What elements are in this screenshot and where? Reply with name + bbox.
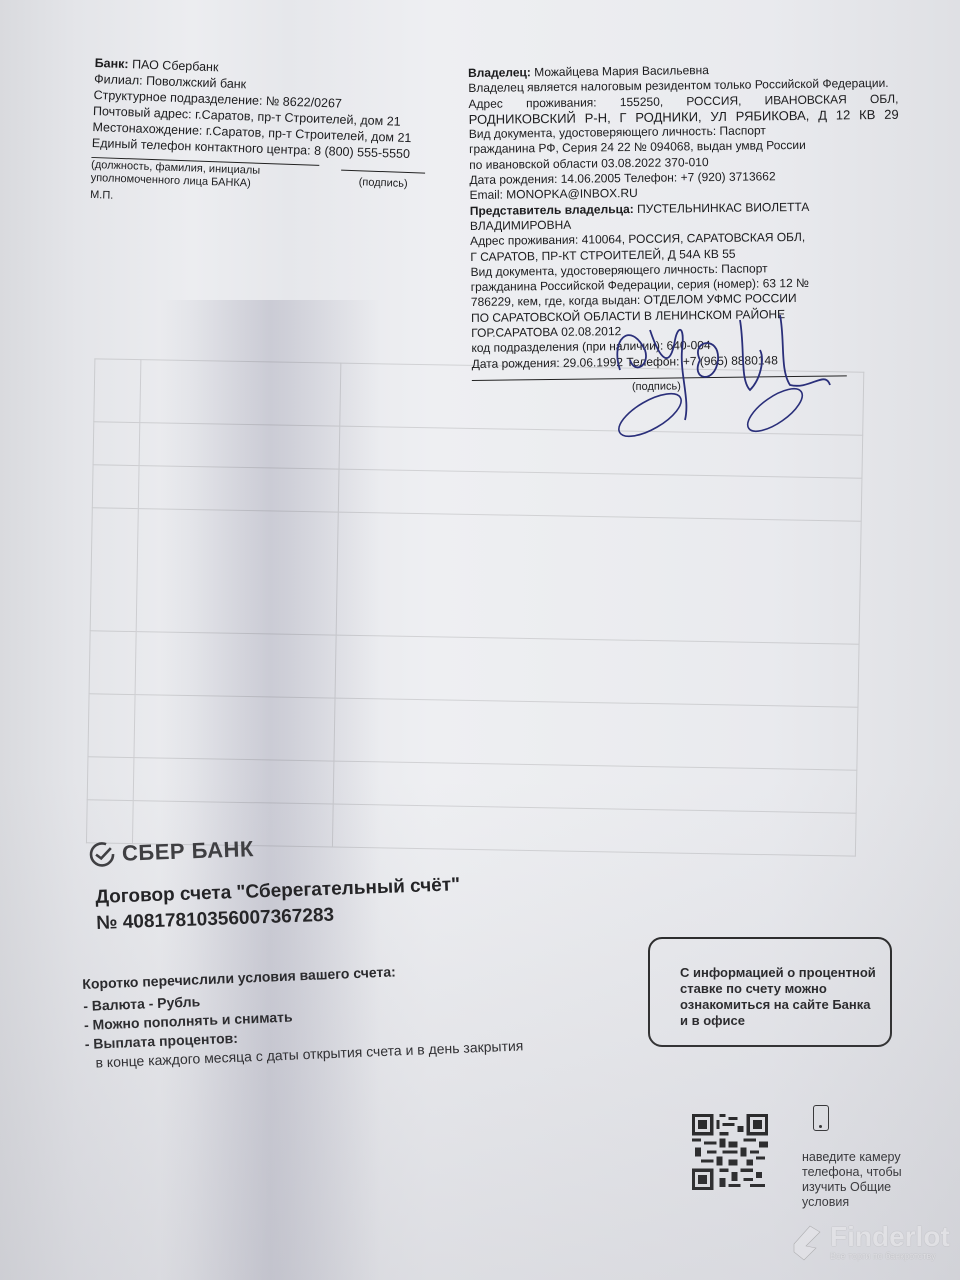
handwritten-signature <box>590 300 860 440</box>
sber-logo: СБЕР БАНК <box>88 835 255 869</box>
bank-sign-line <box>341 170 425 174</box>
phone-icon <box>813 1105 829 1131</box>
bank-name: ПАО Сбербанк <box>132 57 219 74</box>
interest-info-box: С информацией о процентной ставке по сче… <box>648 937 892 1047</box>
owner-id-doc: Вид документа, удостоверяющего личность:… <box>469 123 810 173</box>
contract-title-block: Договор счета "Сберегательный счёт" № 40… <box>95 872 461 937</box>
account-conditions: Коротко перечислили условия вашего счета… <box>82 957 524 1073</box>
logo-text: СБЕР БАНК <box>122 836 255 867</box>
qr-caption: наведите камеру телефона, чтобы изучить … <box>802 1150 912 1210</box>
bank-sign-caption: (должность, фамилия, инициалы уполномоче… <box>90 159 291 192</box>
bank-details: Банк: ПАО Сбербанк Филиал: Поволжский ба… <box>90 55 414 214</box>
finderlot-logo-icon <box>790 1222 826 1262</box>
owner-name: Можайцева Мария Васильевна <box>534 63 709 79</box>
bank-sign-caption-right: (подпись) <box>358 174 407 192</box>
bank-label: Банк: <box>94 56 128 71</box>
interest-info-text: С информацией о процентной ставке по сче… <box>680 965 880 1029</box>
stamp-label: М.П. <box>90 187 114 204</box>
watermark-tagline: Все торги по банкротству <box>830 1251 950 1261</box>
qr-code-icon <box>692 1112 768 1192</box>
watermark-name: Finderlot <box>830 1223 950 1251</box>
finderlot-watermark: Finderlot Все торги по банкротству <box>790 1222 950 1262</box>
sber-check-icon <box>88 840 117 869</box>
rep-address: Адрес проживания: 410064, РОССИЯ, САРАТО… <box>470 230 810 265</box>
owner-label: Владелец: <box>468 65 531 80</box>
rep-label: Представитель владельца: <box>470 202 634 218</box>
